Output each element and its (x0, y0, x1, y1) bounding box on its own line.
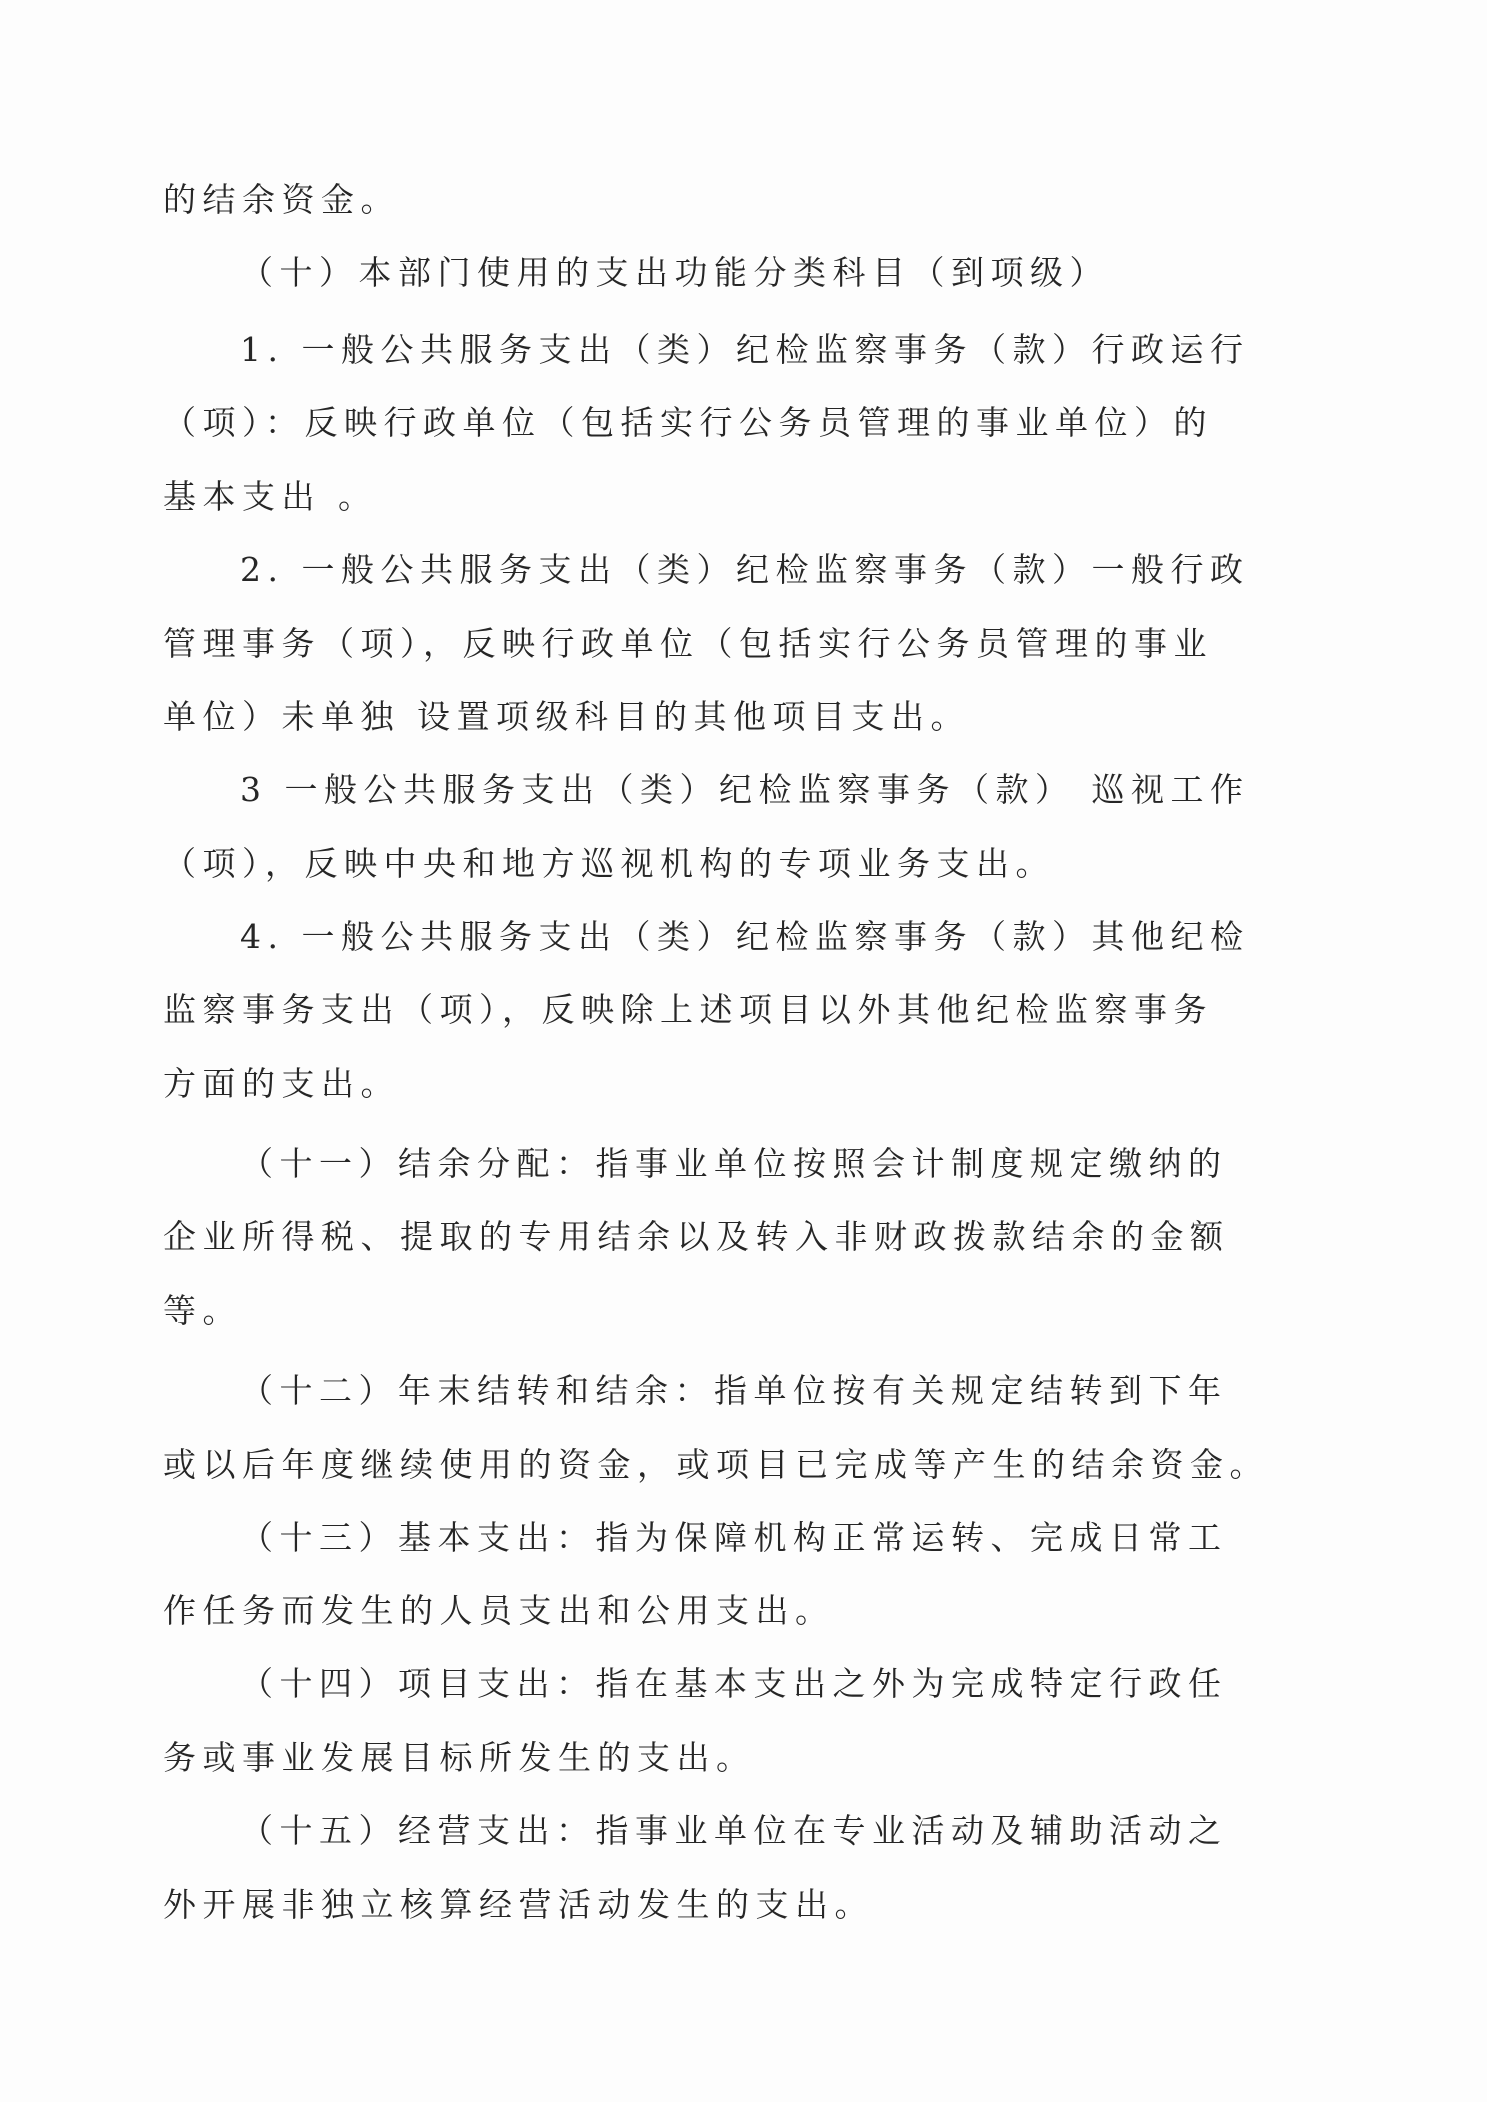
text-line: 企业所得税、提取的专用结余以及转入非财政拨款结余的金额 (163, 1217, 1263, 1257)
section-heading-15: （十五）经营支出：指事业单位在专业活动及辅助活动之 (240, 1811, 1340, 1851)
text-line: 务或事业发展目标所发生的支出。 (163, 1738, 1263, 1778)
text-line: 基本支出 。 (163, 477, 1263, 517)
section-heading-13: （十三）基本支出：指为保障机构正常运转、完成日常工 (240, 1518, 1340, 1558)
text-line: 4. 一般公共服务支出（类）纪检监察事务（款）其他纪检 (240, 917, 1340, 957)
text-line: 等。 (163, 1291, 1263, 1331)
text-line: 监察事务支出（项），反映除上述项目以外其他纪检监察事务 (163, 990, 1263, 1030)
text-line: 方面的支出。 (163, 1064, 1263, 1104)
text-line: 单位）未单独 设置项级科目的其他项目支出。 (163, 697, 1263, 737)
text-line: 外开展非独立核算经营活动发生的支出。 (163, 1885, 1263, 1925)
text-line: 1. 一般公共服务支出（类）纪检监察事务（款）行政运行 (240, 330, 1340, 370)
text-line: 作任务而发生的人员支出和公用支出。 (163, 1591, 1263, 1631)
section-heading-10: （十）本部门使用的支出功能分类科目（到项级） (240, 253, 1340, 293)
text-line: 2. 一般公共服务支出（类）纪检监察事务（款）一般行政 (240, 550, 1340, 590)
text-line: 3 一般公共服务支出（类）纪检监察事务（款） 巡视工作 (240, 770, 1340, 810)
text-line: （项）：反映行政单位（包括实行公务员管理的事业单位）的 (163, 403, 1263, 443)
section-heading-14: （十四）项目支出：指在基本支出之外为完成特定行政任 (240, 1664, 1340, 1704)
text-line: 管理事务（项），反映行政单位（包括实行公务员管理的事业 (163, 624, 1263, 664)
document-page: 的结余资金。 （十）本部门使用的支出功能分类科目（到项级） 1. 一般公共服务支… (0, 0, 1487, 2102)
section-heading-11: （十一）结余分配：指事业单位按照会计制度规定缴纳的 (240, 1144, 1340, 1184)
text-line: 的结余资金。 (163, 180, 1263, 220)
text-line: 或以后年度继续使用的资金，或项目已完成等产生的结余资金。 (163, 1445, 1263, 1485)
section-heading-12: （十二）年末结转和结余：指单位按有关规定结转到下年 (240, 1371, 1340, 1411)
text-line: （项），反映中央和地方巡视机构的专项业务支出。 (163, 844, 1263, 884)
